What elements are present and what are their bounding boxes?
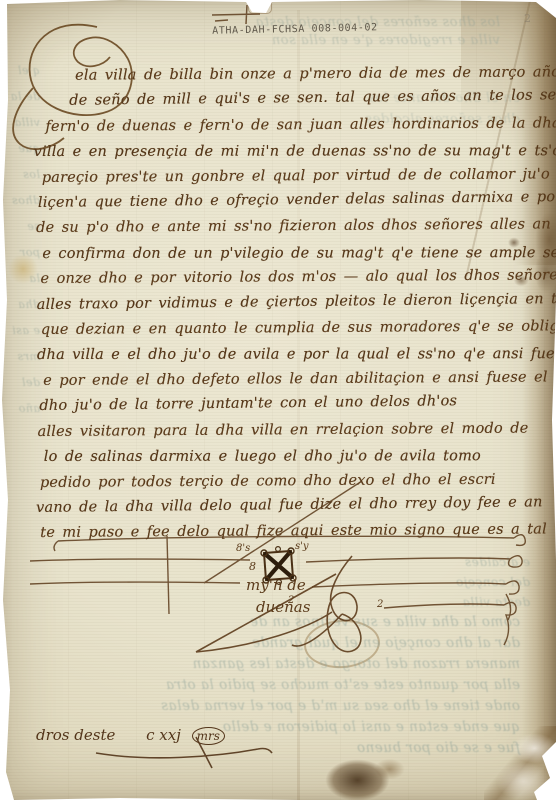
manuscript-line: fern'o de duenas e fern'o de san juan al… [45,111,529,140]
bleedthrough-line: año [2,396,40,422]
rule-line [30,559,250,561]
manuscript-line: que dezian e en quanto le cumplia de sus… [41,315,531,344]
ring-stain [302,617,381,670]
docket-text: dros deste [36,726,115,744]
cross-strokes [212,5,260,24]
rule-line [306,556,522,567]
sign-side-curl-left: 8's [236,543,250,554]
cross-mark [212,5,260,24]
manuscript-line: villa e en presençia de mi mi'n de duena… [34,139,530,165]
manuscript-line: lo de salinas darmixa e luego el dho ju'… [44,444,532,470]
bleedthrough-text-right: e alcaldesdel conçejodesta villa [438,552,530,612]
rule-line [312,581,519,620]
docket-amount: c xxj [146,726,181,744]
notary-signature-line1: my'n de [246,576,306,594]
torn-tab-top [248,0,272,14]
ink-blotch-bottom [316,756,408,800]
bleedthrough-line: e alcaldes [438,552,530,572]
manuscript-line: alles traxo por vidimus e de çiertos ple… [37,287,531,318]
sign-curl [288,548,294,554]
bleedthrough-line: del conçejo [438,572,530,592]
manuscript-line: de seño de mill e qui's e se sen. tal qu… [69,84,529,115]
line-start-mark: 2 [288,595,294,606]
archive-reference-code: ATHA-DAH-FCHSA 008-004-02 [188,22,402,37]
fee-docket: dros deste c xxj mrs [36,726,225,745]
manuscript-line: alles visitaron para la dha villa en rre… [37,416,531,445]
bleedthrough-line: desta villa [438,592,530,612]
manuscript-line: liçen'a que tiene dho e ofreçio vender d… [38,185,530,216]
bleedthrough-line: dar al dho conçejo en el qual grande [40,633,520,654]
manuscript-line: dha villa e el dho ju'o de avila e por l… [37,343,531,369]
torn-corner-bottom-right [484,726,556,800]
sign-curl [261,550,267,556]
sign-curl [276,547,281,552]
pencil-corner-mark: 2 [524,12,531,25]
docket-circled-abbreviation: mrs [192,727,225,745]
sign-side-curl-right: s'y [295,541,309,552]
bleedthrough-line: ella por quanto este es'to mucho se pidi… [40,675,520,696]
vertical-stroke [167,536,169,614]
rule-line [384,602,516,645]
manuscript-line: de su p'o dho e ante mi ss'no fizieron a… [36,213,530,242]
bleedthrough-line: manera rrazon del otorgo e desta les gan… [40,654,520,675]
manuscript-line: dho ju'o de la torre juntam'te con el un… [39,389,531,420]
scan-background: los dhos señores del conçejo destavilla … [0,0,556,800]
rule-line [30,582,240,584]
sign-side-curl-below: 8 [249,560,256,573]
manuscript-text-block: ela villa de billa bin onze a p'mero dia… [33,61,532,547]
bleedthrough-line: onde tiene el dho sea su m'd e por el ve… [40,696,520,717]
notary-signature-line2: duenas [256,598,310,616]
manuscript-line: e confirma don de un p'vilegio de su mag… [42,241,530,267]
docket-underline [96,749,272,758]
manuscript-page: los dhos señores del conçejo destavilla … [0,0,556,800]
line-start-mark: 2 [377,599,383,610]
manuscript-line: vano de la dha villa delo qual fue dize … [36,490,532,521]
manuscript-line: te mi paso e fee delo qual fize aqui est… [40,518,532,547]
